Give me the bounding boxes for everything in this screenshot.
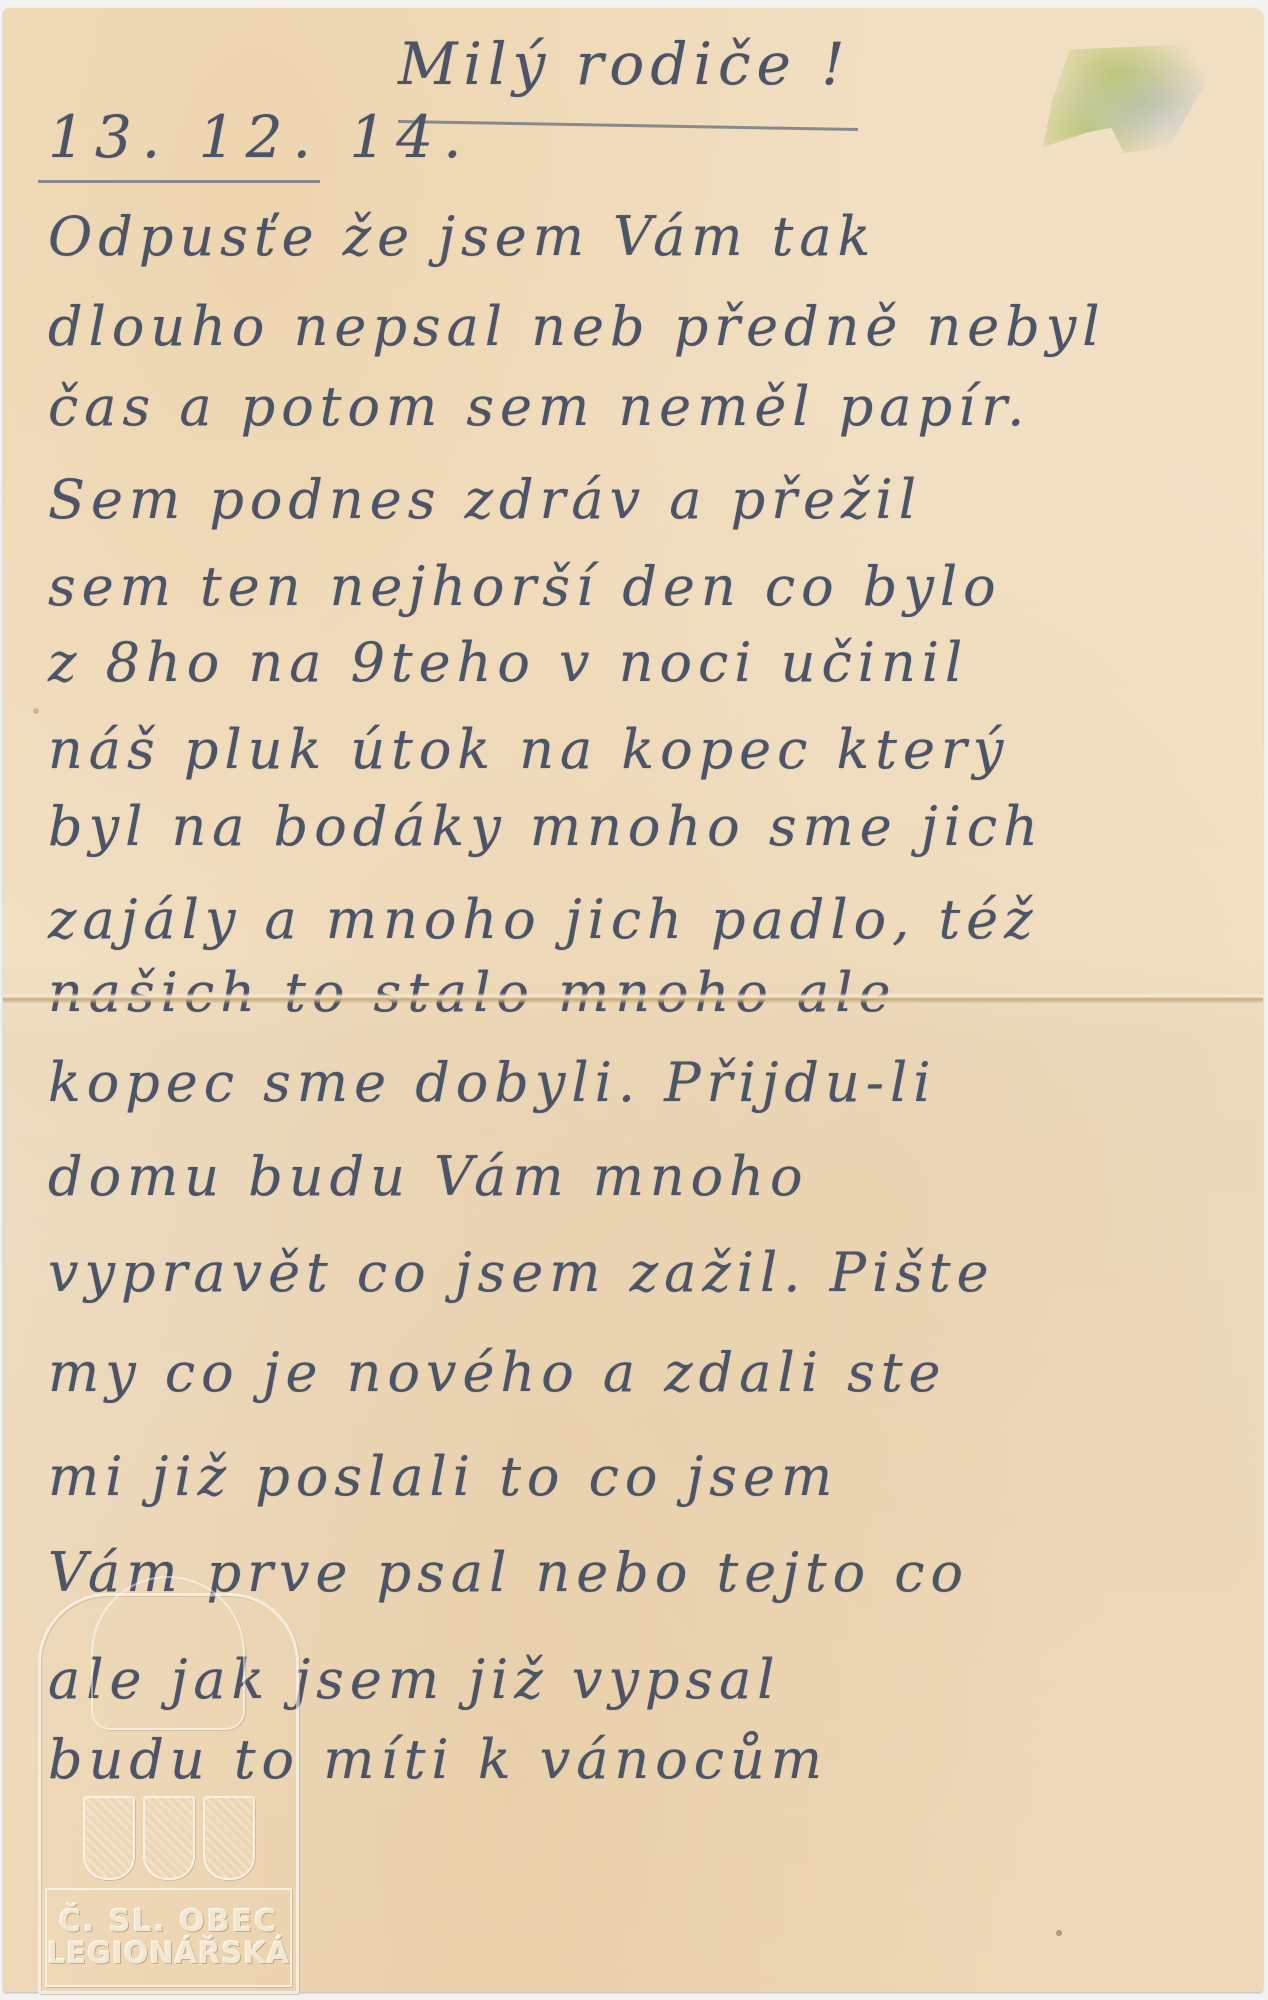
letter-line: Odpusťe že jsem Vám tak (48, 205, 876, 268)
date-underline (38, 180, 320, 183)
letter-line: my co je nového a zdali ste (48, 1341, 947, 1404)
letter-line: vypravět co jsem zažil. Pište (48, 1241, 995, 1304)
emboss-text-line2: LEGIONÁŘSKÁ (47, 1938, 290, 1970)
letter-line: byl na bodáky mnoho sme jich (48, 795, 1044, 858)
soldier-profile-emboss-icon (91, 1576, 245, 1730)
shield-icon (203, 1796, 255, 1880)
paper-fold-crease (3, 993, 1263, 1003)
letter-line: dlouho nepsal neb předně nebyl (48, 295, 1106, 358)
shield-icon (143, 1796, 195, 1880)
letter-line: mi již poslali to co jsem (48, 1445, 838, 1508)
letter-line: Sem podnes zdráv a přežil (48, 468, 922, 531)
letter-line: zajály a mnoho jich padlo, též (48, 888, 1039, 951)
embossed-legion-stamp: Č. SL. OBEC LEGIONÁŘSKÁ (38, 1593, 299, 1994)
shield-icon (83, 1796, 135, 1880)
emboss-text-line1: Č. SL. OBEC (59, 1905, 278, 1938)
emboss-label: Č. SL. OBEC LEGIONÁŘSKÁ (45, 1888, 292, 1987)
letter-paper: Milý rodiče ! 13. 12. 14. Odpusťe že jse… (3, 8, 1263, 1992)
letter-line: čas a potom sem neměl papír. (48, 375, 1030, 438)
paper-stain (1056, 1930, 1062, 1936)
letter-line: z 8ho na 9teho v noci učinil (48, 631, 968, 694)
letter-line: náš pluk útok na kopec který (48, 718, 1009, 781)
letter-line: sem ten nejhorší den co bylo (48, 555, 1002, 618)
postage-stamp-remnant (1043, 38, 1223, 153)
letter-line: kopec sme dobyli. Přijdu-li (48, 1051, 937, 1114)
letter-date: 13. 12. 14. (48, 103, 472, 171)
greeting-heading: Milý rodiče ! (398, 30, 851, 98)
letter-line: domu budu Vám mnoho (48, 1145, 808, 1208)
paper-stain (33, 708, 39, 714)
